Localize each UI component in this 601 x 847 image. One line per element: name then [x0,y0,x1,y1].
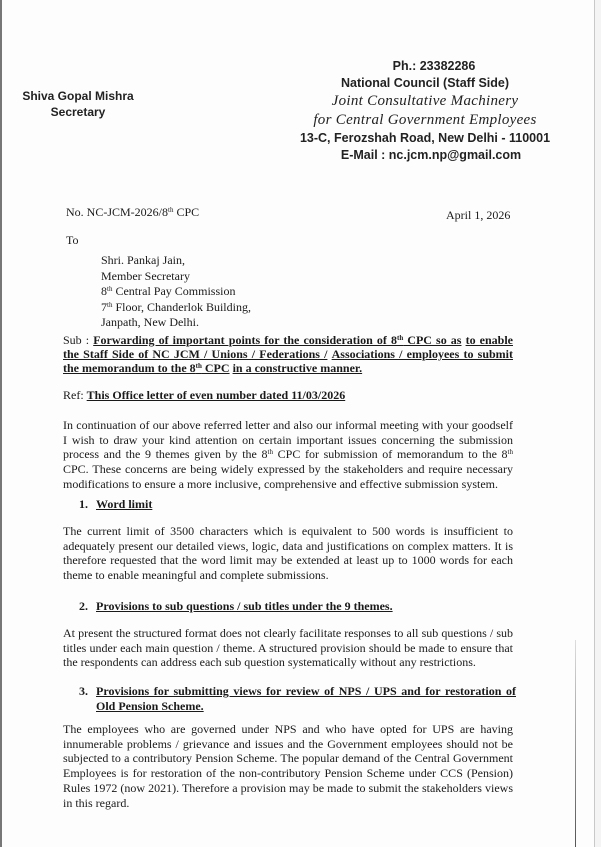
letter-reference-number: No. NC-JCM-2026/8th CPC [66,205,199,220]
recipient-designation: Member Secretary [101,269,251,285]
section-heading-1: 1.Word limit [79,497,152,512]
subject-text-4: in a constructive manner. [233,361,363,375]
organization-email: E-Mail : nc.jcm.np@gmail.com [290,147,560,164]
sender-block: Shiva Gopal Mishra Secretary [18,88,138,120]
organization-script-line-2: for Central Government Employees [290,111,560,130]
recipient-address: Shri. Pankaj Jain, Member Secretary 8th … [101,253,251,331]
section-heading-2: 2.Provisions to sub questions / sub titl… [79,599,393,614]
subject-line: Sub : Forwarding of important points for… [63,333,513,375]
section-body-1: The current limit of 3500 characters whi… [63,524,513,583]
section-body-3: The employees who are governed under NPS… [63,722,513,810]
organization-script-line-1: Joint Consultative Machinery [290,92,560,111]
phone-number: Ph.: 23382286 [290,58,560,75]
organization-address: 13-C, Ferozshah Road, New Delhi - 110001 [290,130,560,147]
recipient-organization: 8th Central Pay Commission [101,284,251,300]
organization-name: National Council (Staff Side) [290,75,560,92]
letter-page: Shiva Gopal Mishra Secretary Ph.: 233822… [0,0,601,847]
floor-rest: Floor, Chanderlok Building, [112,300,251,314]
section-body-2: At present the structured format does no… [63,626,513,670]
subject-label: Sub : [63,333,93,347]
reference-label: Ref: [63,388,87,402]
letter-date: April 1, 2026 [446,208,510,223]
recipient-name: Shri. Pankaj Jain, [101,253,251,269]
sender-name: Shiva Gopal Mishra [18,88,138,104]
page-left-border [0,0,2,847]
scan-artifact-line [575,640,576,847]
sender-title: Secretary [18,104,138,120]
intro-paragraph: In continuation of our above referred le… [63,418,513,492]
to-label: To [66,233,79,248]
ref-number-text: No. NC-JCM-2026/8 [66,205,168,219]
recipient-city: Janpath, New Delhi. [101,315,251,331]
letterhead: Ph.: 23382286 National Council (Staff Si… [290,58,560,164]
recipient-floor: 7th Floor, Chanderlok Building, [101,300,251,316]
section-heading-3: 3.Provisions for submitting views for re… [79,684,519,713]
subject-text-1: Forwarding of important points for the c… [93,333,461,347]
org-rest: Central Pay Commission [112,284,235,298]
reference-line: Ref: This Office letter of even number d… [63,388,513,403]
ref-number-suffix: CPC [173,205,199,219]
reference-text: This Office letter of even number dated … [87,388,346,402]
page-margin-strip [595,0,601,847]
